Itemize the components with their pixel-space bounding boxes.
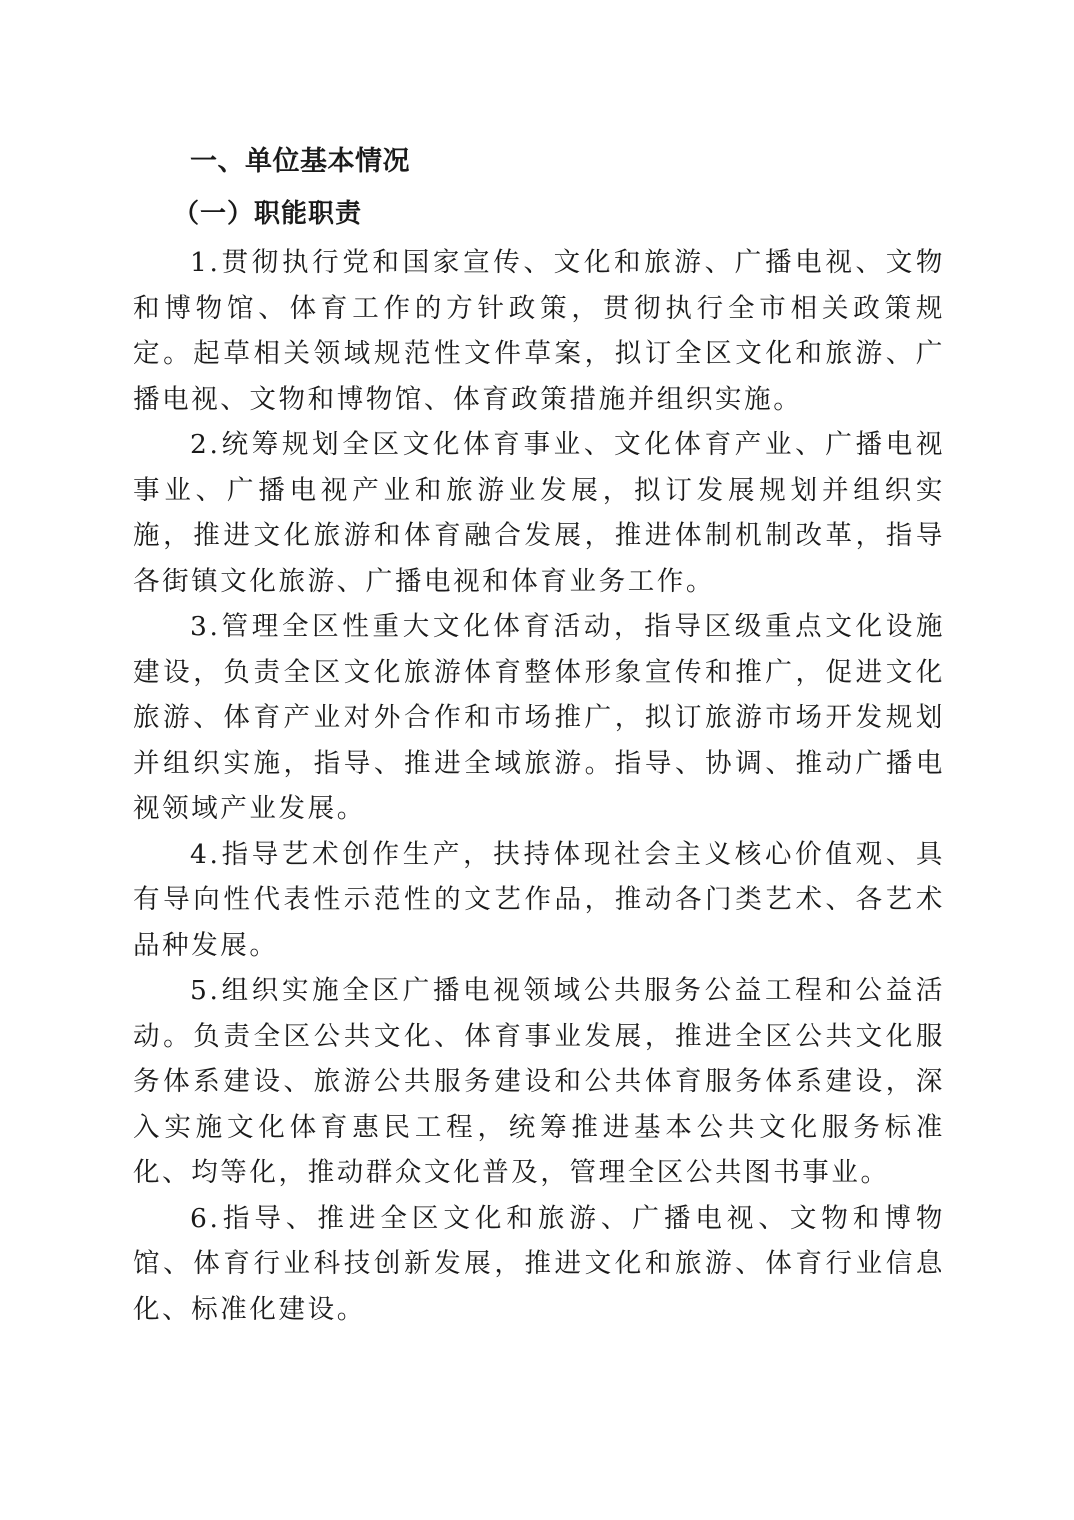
paragraph-2: 2.统筹规划全区文化体育事业、文化体育产业、广播电视事业、广播电视产业和旅游业发… [133,422,945,604]
document-page: 一、单位基本情况 （一）职能职责 1.贯彻执行党和国家宣传、文化和旅游、广播电视… [133,138,945,1332]
paragraph-4: 4.指导艺术创作生产，扶持体现社会主义核心价值观、具有导向性代表性示范性的文艺作… [133,832,945,969]
paragraph-6: 6.指导、推进全区文化和旅游、广播电视、文物和博物馆、体育行业科技创新发展，推进… [133,1196,945,1333]
paragraph-1: 1.贯彻执行党和国家宣传、文化和旅游、广播电视、文物和博物馆、体育工作的方针政策… [133,240,945,422]
paragraph-3: 3.管理全区性重大文化体育活动，指导区级重点文化设施建设，负责全区文化旅游体育整… [133,604,945,832]
subsection-heading: （一）职能职责 [133,190,945,238]
paragraph-5: 5.组织实施全区广播电视领域公共服务公益工程和公益活动。负责全区公共文化、体育事… [133,968,945,1196]
section-heading: 一、单位基本情况 [133,138,945,186]
